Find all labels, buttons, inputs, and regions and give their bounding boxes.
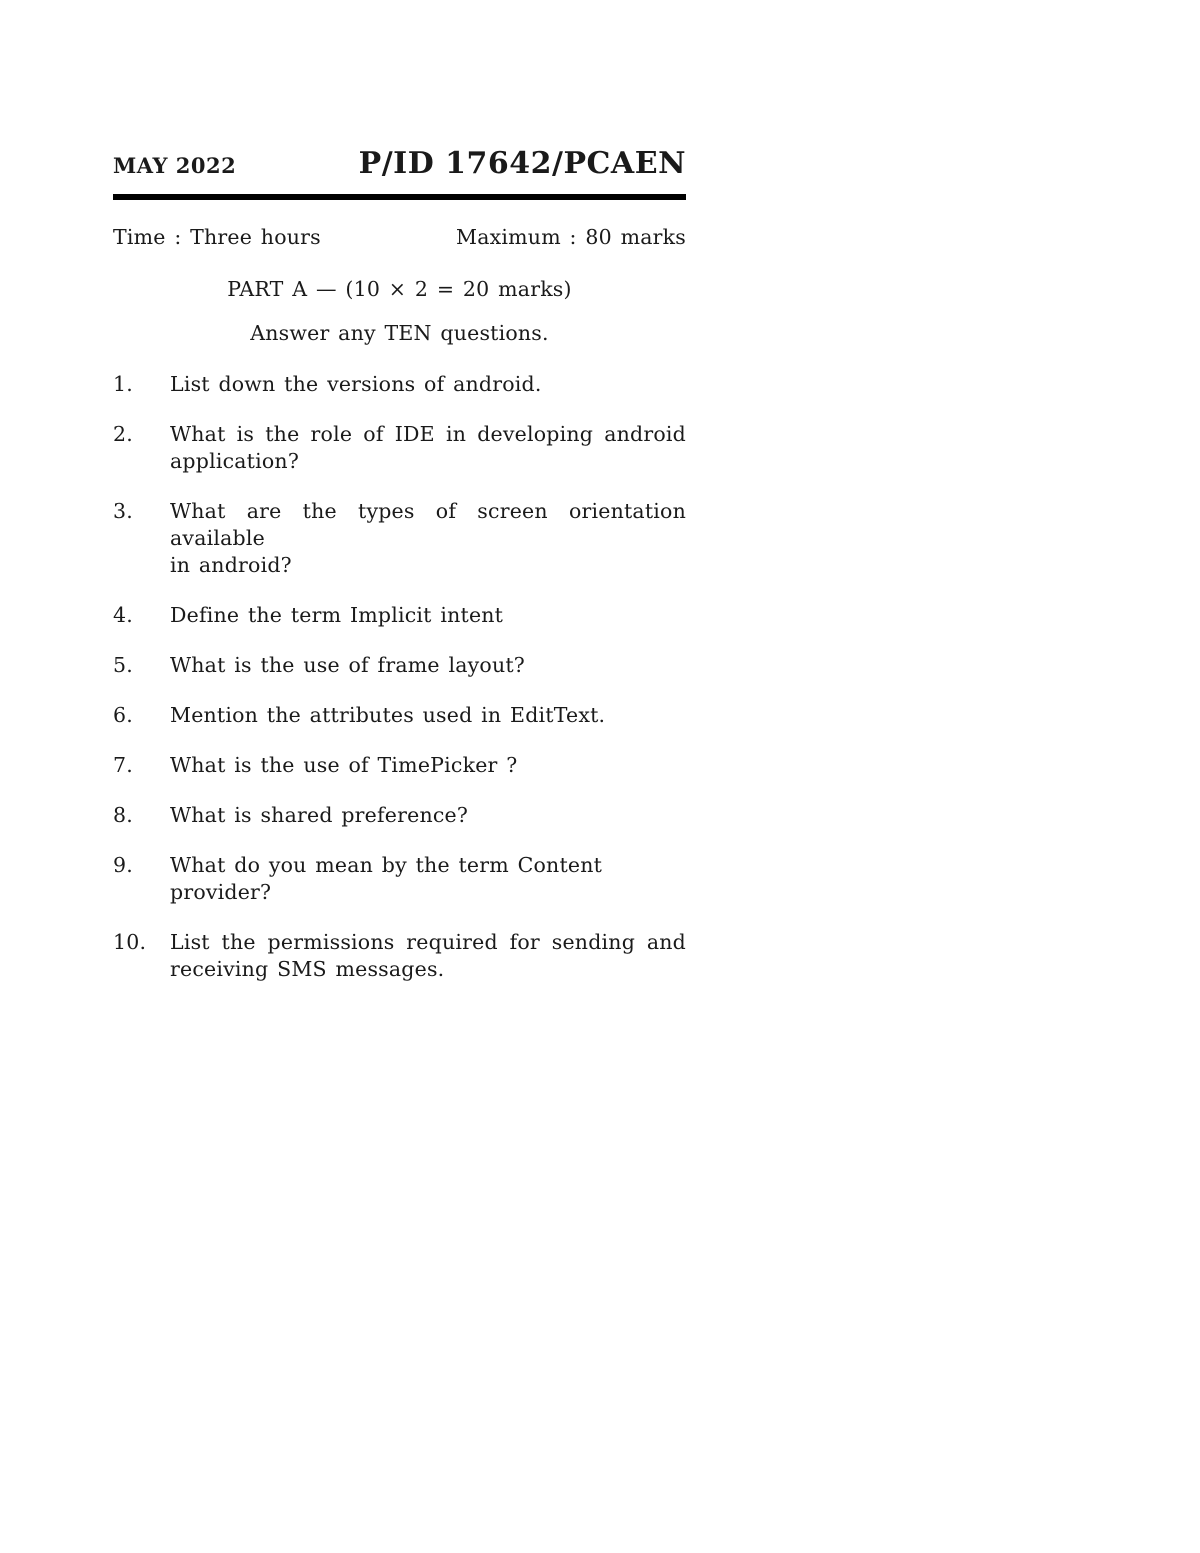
question-number: 10.	[113, 929, 170, 983]
question-number: 7.	[113, 752, 170, 779]
question-line: in android?	[170, 552, 686, 579]
question-row: 9.What do you mean by the term Content p…	[113, 852, 686, 906]
question-number: 9.	[113, 852, 170, 906]
question-row: 7.What is the use of TimePicker ?	[113, 752, 686, 779]
question-line: What are the types of screen orientation…	[170, 498, 686, 552]
question-number: 2.	[113, 421, 170, 475]
question-row: 4.Define the term Implicit intent	[113, 602, 686, 629]
paper-code: P/ID 17642/PCAEN	[359, 146, 686, 181]
question-line: List the permissions required for sendin…	[170, 929, 686, 956]
document-page: MAY 2022 P/ID 17642/PCAEN Time : Three h…	[0, 0, 1200, 1553]
document-content: MAY 2022 P/ID 17642/PCAEN Time : Three h…	[113, 146, 686, 1006]
question-text: What is shared preference?	[170, 802, 686, 829]
question-row: 10.List the permissions required for sen…	[113, 929, 686, 983]
question-number: 3.	[113, 498, 170, 579]
question-line: What is the use of TimePicker ?	[170, 752, 686, 779]
question-text: What do you mean by the term Content pro…	[170, 852, 686, 906]
question-row: 1.List down the versions of android.	[113, 371, 686, 398]
question-number: 6.	[113, 702, 170, 729]
exam-session: MAY 2022	[113, 153, 236, 178]
question-row: 5.What is the use of frame layout?	[113, 652, 686, 679]
question-line: receiving SMS messages.	[170, 956, 686, 983]
section-instruction: Answer any TEN questions.	[113, 321, 686, 345]
question-text: What is the role of IDE in developing an…	[170, 421, 686, 475]
document-header: MAY 2022 P/ID 17642/PCAEN	[113, 146, 686, 181]
question-line: List down the versions of android.	[170, 371, 686, 398]
meta-row: Time : Three hours Maximum : 80 marks	[113, 225, 686, 249]
question-row: 8.What is shared preference?	[113, 802, 686, 829]
question-line: Mention the attributes used in EditText.	[170, 702, 686, 729]
question-row: 6.Mention the attributes used in EditTex…	[113, 702, 686, 729]
questions-list: 1.List down the versions of android.2.Wh…	[113, 371, 686, 983]
question-text: List down the versions of android.	[170, 371, 686, 398]
question-text: Define the term Implicit intent	[170, 602, 686, 629]
question-line: Define the term Implicit intent	[170, 602, 686, 629]
question-text: What is the use of TimePicker ?	[170, 752, 686, 779]
question-line: application?	[170, 448, 686, 475]
question-line: What is the role of IDE in developing an…	[170, 421, 686, 448]
question-number: 8.	[113, 802, 170, 829]
question-number: 5.	[113, 652, 170, 679]
question-row: 3.What are the types of screen orientati…	[113, 498, 686, 579]
question-number: 1.	[113, 371, 170, 398]
question-number: 4.	[113, 602, 170, 629]
question-text: Mention the attributes used in EditText.	[170, 702, 686, 729]
question-row: 2.What is the role of IDE in developing …	[113, 421, 686, 475]
question-text: What are the types of screen orientation…	[170, 498, 686, 579]
question-text: What is the use of frame layout?	[170, 652, 686, 679]
divider-rule	[113, 194, 686, 200]
maximum-marks: Maximum : 80 marks	[456, 225, 686, 249]
question-line: What is the use of frame layout?	[170, 652, 686, 679]
time-allowed: Time : Three hours	[113, 225, 321, 249]
part-title: PART A — (10 × 2 = 20 marks)	[113, 277, 686, 301]
question-line: What do you mean by the term Content pro…	[170, 852, 686, 906]
question-line: What is shared preference?	[170, 802, 686, 829]
question-text: List the permissions required for sendin…	[170, 929, 686, 983]
